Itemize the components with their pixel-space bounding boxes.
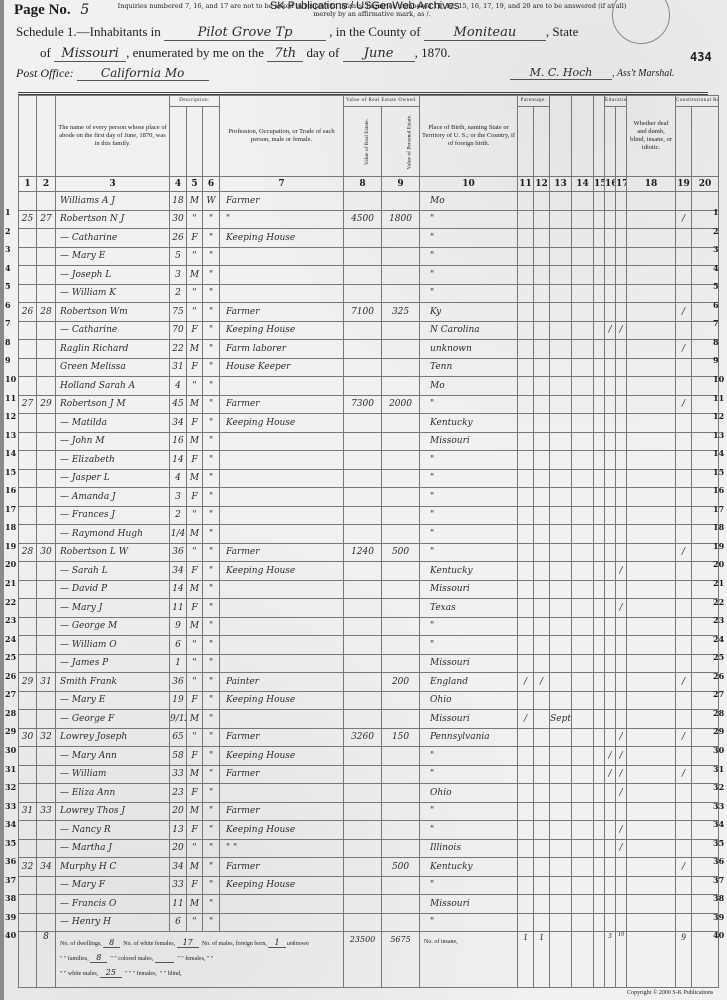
person-name: — Joseph L bbox=[56, 266, 170, 285]
table-row: — Catharine26F"Keeping House" bbox=[19, 229, 719, 248]
table-row: — William O6""" bbox=[19, 636, 719, 655]
color: " bbox=[203, 543, 220, 562]
age: 3 bbox=[170, 266, 187, 285]
disability bbox=[627, 303, 676, 322]
male-citizen: / bbox=[676, 765, 692, 784]
table-row: — Martha J20""" "Illinois/ bbox=[19, 839, 719, 858]
person-name: — John M bbox=[56, 432, 170, 451]
real-estate-value bbox=[344, 414, 382, 433]
married-within-year bbox=[572, 488, 594, 507]
cannot-read bbox=[605, 451, 616, 470]
dwelling-number bbox=[19, 765, 37, 784]
male-citizen: / bbox=[676, 543, 692, 562]
cannot-write bbox=[616, 654, 627, 673]
column-number: 19 bbox=[676, 177, 692, 192]
line-number: 21 bbox=[713, 578, 724, 588]
place-of-birth: Tenn bbox=[420, 358, 518, 377]
dwelling-number bbox=[19, 636, 37, 655]
color: " bbox=[203, 673, 220, 692]
place-of-birth: unknown bbox=[420, 340, 518, 359]
sex: F bbox=[187, 358, 203, 377]
personal-estate-value bbox=[382, 488, 420, 507]
state-label: , State bbox=[546, 24, 579, 39]
father-foreign bbox=[518, 321, 534, 340]
color: " bbox=[203, 636, 220, 655]
col-header-12: Mother of foreign birth. bbox=[534, 107, 550, 177]
attended-school bbox=[594, 839, 605, 858]
disability bbox=[627, 432, 676, 451]
real-estate-value bbox=[344, 636, 382, 655]
male-citizen bbox=[676, 691, 692, 710]
born-within-year bbox=[550, 247, 572, 266]
age: 20 bbox=[170, 802, 187, 821]
male-citizen bbox=[676, 469, 692, 488]
attended-school bbox=[594, 802, 605, 821]
column-number: 1 bbox=[19, 177, 37, 192]
age: 20 bbox=[170, 839, 187, 858]
sex: " bbox=[187, 728, 203, 747]
attended-school bbox=[594, 266, 605, 285]
attended-school bbox=[594, 747, 605, 766]
father-foreign bbox=[518, 210, 534, 229]
sex: " bbox=[187, 839, 203, 858]
occupation: Keeping House bbox=[220, 691, 344, 710]
marshal-label: , Ass't Marshal. bbox=[612, 68, 675, 79]
personal-estate-value bbox=[382, 469, 420, 488]
real-estate-value bbox=[344, 377, 382, 396]
occupation: " bbox=[220, 210, 344, 229]
dwellings-label: No. of dwellings, bbox=[60, 941, 102, 947]
place-of-birth: Mo bbox=[420, 192, 518, 211]
color: " bbox=[203, 432, 220, 451]
cannot-read bbox=[605, 913, 616, 932]
color: " bbox=[203, 358, 220, 377]
cannot-write bbox=[616, 895, 627, 914]
white-males-value: 25 bbox=[100, 968, 122, 978]
sex: M bbox=[187, 192, 203, 211]
table-row: — Mary E5""" bbox=[19, 247, 719, 266]
sex: " bbox=[187, 543, 203, 562]
line-number: 7 bbox=[713, 318, 719, 328]
dwelling-number bbox=[19, 229, 37, 248]
sex: F bbox=[187, 876, 203, 895]
real-estate-value bbox=[344, 451, 382, 470]
cannot-read bbox=[605, 543, 616, 562]
attended-school bbox=[594, 876, 605, 895]
marshal-signature-block: M. C. Hoch, Ass't Marshal. bbox=[510, 66, 675, 80]
cannot-write: / bbox=[616, 839, 627, 858]
person-name: Robertson L W bbox=[56, 543, 170, 562]
c15-total bbox=[594, 932, 605, 988]
line-number: 39 bbox=[713, 912, 724, 922]
cannot-read bbox=[605, 192, 616, 211]
personal-estate-value bbox=[382, 821, 420, 840]
attended-school bbox=[594, 358, 605, 377]
place-of-birth: Missouri bbox=[420, 432, 518, 451]
mother-foreign bbox=[534, 488, 550, 507]
day-of-label: day of bbox=[307, 45, 340, 60]
cannot-read bbox=[605, 802, 616, 821]
age: 9 bbox=[170, 617, 187, 636]
table-row: 2628Robertson Wm75""Farmer7100325Ky/ bbox=[19, 303, 719, 322]
disability bbox=[627, 728, 676, 747]
line-number: 13 bbox=[713, 430, 724, 440]
father-foreign bbox=[518, 432, 534, 451]
father-foreign bbox=[518, 691, 534, 710]
dwelling-number bbox=[19, 525, 37, 544]
occupation bbox=[220, 710, 344, 729]
column-number: 14 bbox=[572, 177, 594, 192]
real-estate-value bbox=[344, 229, 382, 248]
person-name: — William O bbox=[56, 636, 170, 655]
sex: F bbox=[187, 229, 203, 248]
male-citizen: / bbox=[676, 303, 692, 322]
disability bbox=[627, 876, 676, 895]
disability bbox=[627, 451, 676, 470]
summary-blank bbox=[19, 932, 37, 988]
person-name: — Eliza Ann bbox=[56, 784, 170, 803]
age: 23 bbox=[170, 784, 187, 803]
born-within-year bbox=[550, 784, 572, 803]
table-row: — Frances J2""" bbox=[19, 506, 719, 525]
personal-estate-value bbox=[382, 599, 420, 618]
line-number: 4 bbox=[5, 263, 11, 273]
attended-school bbox=[594, 784, 605, 803]
dwelling-number: 27 bbox=[19, 395, 37, 414]
line-number: 1 bbox=[713, 207, 719, 217]
place-of-birth: " bbox=[420, 876, 518, 895]
person-name: — Raymond Hugh bbox=[56, 525, 170, 544]
personal-estate-value bbox=[382, 710, 420, 729]
dwelling-number bbox=[19, 284, 37, 303]
line-number: 9 bbox=[5, 355, 11, 365]
cannot-write: / bbox=[616, 599, 627, 618]
line-number: 3 bbox=[5, 244, 11, 254]
table-row: 2830Robertson L W36""Farmer1240500"/ bbox=[19, 543, 719, 562]
cannot-write bbox=[616, 710, 627, 729]
married-within-year bbox=[572, 284, 594, 303]
real-estate-value bbox=[344, 710, 382, 729]
real-estate-value: 1240 bbox=[344, 543, 382, 562]
schedule-label: Schedule 1.—Inhabitants in bbox=[16, 24, 161, 39]
place-of-birth: Missouri bbox=[420, 654, 518, 673]
dwelling-number bbox=[19, 506, 37, 525]
attended-school bbox=[594, 303, 605, 322]
sex: F bbox=[187, 747, 203, 766]
state-value: Missouri bbox=[54, 46, 126, 62]
line-number: 4 bbox=[713, 263, 719, 273]
real-estate-value bbox=[344, 321, 382, 340]
col-header-4: Age at last birth-day. If under 1 year, … bbox=[170, 107, 187, 177]
table-row: 2931Smith Frank36""Painter200England/// bbox=[19, 673, 719, 692]
family-number: 28 bbox=[37, 303, 56, 322]
cannot-write: / bbox=[616, 321, 627, 340]
cannot-read bbox=[605, 673, 616, 692]
cannot-write bbox=[616, 229, 627, 248]
sex: M bbox=[187, 395, 203, 414]
sex: M bbox=[187, 710, 203, 729]
occupation: Farmer bbox=[220, 395, 344, 414]
personal-estate-value bbox=[382, 377, 420, 396]
column-number: 10 bbox=[420, 177, 518, 192]
person-name: — Henry H bbox=[56, 913, 170, 932]
color: " bbox=[203, 784, 220, 803]
married-within-year bbox=[572, 266, 594, 285]
cannot-write bbox=[616, 266, 627, 285]
born-within-year bbox=[550, 451, 572, 470]
table-row: — James P1""Missouri bbox=[19, 654, 719, 673]
line-number: 5 bbox=[713, 281, 719, 291]
person-name: — Matilda bbox=[56, 414, 170, 433]
place-of-birth: " bbox=[420, 617, 518, 636]
place-of-birth: " bbox=[420, 469, 518, 488]
family-number bbox=[37, 876, 56, 895]
place-of-birth: " bbox=[420, 747, 518, 766]
real-estate-value bbox=[344, 839, 382, 858]
column-number: 4 bbox=[170, 177, 187, 192]
mother-foreign bbox=[534, 210, 550, 229]
cannot-read bbox=[605, 599, 616, 618]
disability bbox=[627, 617, 676, 636]
column-number: 13 bbox=[550, 177, 572, 192]
occupation: Keeping House bbox=[220, 321, 344, 340]
disability bbox=[627, 765, 676, 784]
mother-foreign bbox=[534, 340, 550, 359]
born-within-year bbox=[550, 488, 572, 507]
person-name: — Catharine bbox=[56, 321, 170, 340]
family-number: 30 bbox=[37, 543, 56, 562]
age: 14 bbox=[170, 580, 187, 599]
age: 36 bbox=[170, 543, 187, 562]
col-header-8: Value of Real Estate. bbox=[344, 107, 382, 177]
table-row: 2729Robertson J M45M"Farmer73002000"/ bbox=[19, 395, 719, 414]
line-number: 13 bbox=[5, 430, 16, 440]
male-citizen bbox=[676, 358, 692, 377]
family-number bbox=[37, 617, 56, 636]
disability bbox=[627, 192, 676, 211]
attended-school bbox=[594, 765, 605, 784]
family-number bbox=[37, 839, 56, 858]
place-of-birth: " bbox=[420, 488, 518, 507]
occupation bbox=[220, 247, 344, 266]
attended-school bbox=[594, 562, 605, 581]
dwelling-number bbox=[19, 691, 37, 710]
sex: M bbox=[187, 895, 203, 914]
line-number: 8 bbox=[713, 337, 719, 347]
personal-estate-value bbox=[382, 340, 420, 359]
personal-estate-value bbox=[382, 747, 420, 766]
line-number: 9 bbox=[713, 355, 719, 365]
family-number bbox=[37, 691, 56, 710]
color: " bbox=[203, 562, 220, 581]
table-row: Holland Sarah A4""Mo bbox=[19, 377, 719, 396]
mother-foreign bbox=[534, 599, 550, 618]
color: " bbox=[203, 876, 220, 895]
married-within-year bbox=[572, 506, 594, 525]
age: 1 bbox=[170, 654, 187, 673]
sex: F bbox=[187, 414, 203, 433]
married-within-year bbox=[572, 784, 594, 803]
place-of-birth: " bbox=[420, 266, 518, 285]
place-of-birth: " bbox=[420, 525, 518, 544]
born-within-year bbox=[550, 654, 572, 673]
cannot-write bbox=[616, 858, 627, 877]
color: " bbox=[203, 247, 220, 266]
disability bbox=[627, 525, 676, 544]
real-estate-value: 4500 bbox=[344, 210, 382, 229]
married-within-year bbox=[572, 599, 594, 618]
personal-estate-value bbox=[382, 451, 420, 470]
sex: M bbox=[187, 802, 203, 821]
place-of-birth: Illinois bbox=[420, 839, 518, 858]
line-number: 30 bbox=[713, 745, 724, 755]
dwelling-number bbox=[19, 839, 37, 858]
age: 34 bbox=[170, 562, 187, 581]
dwelling-number: 29 bbox=[19, 673, 37, 692]
father-foreign bbox=[518, 266, 534, 285]
color: " bbox=[203, 229, 220, 248]
line-number: 24 bbox=[5, 634, 16, 644]
family-number: 34 bbox=[37, 858, 56, 877]
dwelling-number bbox=[19, 599, 37, 618]
total-personal-estate: 5675 bbox=[382, 932, 420, 988]
white-females-label: No. of white females, bbox=[123, 941, 175, 947]
born-within-year bbox=[550, 303, 572, 322]
sex: " bbox=[187, 210, 203, 229]
disability bbox=[627, 247, 676, 266]
mother-foreign bbox=[534, 266, 550, 285]
line-number: 6 bbox=[5, 300, 11, 310]
column-number: 12 bbox=[534, 177, 550, 192]
male-citizen bbox=[676, 284, 692, 303]
born-within-year bbox=[550, 284, 572, 303]
occupation: Keeping House bbox=[220, 747, 344, 766]
male-citizen: / bbox=[676, 340, 692, 359]
cannot-read: / bbox=[605, 747, 616, 766]
attended-school bbox=[594, 432, 605, 451]
age: 33 bbox=[170, 765, 187, 784]
personal-estate-value: 325 bbox=[382, 303, 420, 322]
disability bbox=[627, 654, 676, 673]
table-row: — John M16M"Missouri bbox=[19, 432, 719, 451]
col-header-3: The name of every person whose place of … bbox=[56, 96, 170, 177]
age: 34 bbox=[170, 858, 187, 877]
column-number: 11 bbox=[518, 177, 534, 192]
line-number: 12 bbox=[5, 411, 16, 421]
male-citizen bbox=[676, 802, 692, 821]
attended-school bbox=[594, 321, 605, 340]
born-within-year bbox=[550, 192, 572, 211]
dwelling-number bbox=[19, 414, 37, 433]
enumeration-line: of Missouri, enumerated by me on the 7th… bbox=[40, 45, 450, 62]
table-row: Green Melissa31F"House KeeperTenn bbox=[19, 358, 719, 377]
cannot-write bbox=[616, 580, 627, 599]
sex: F bbox=[187, 321, 203, 340]
born-within-year bbox=[550, 432, 572, 451]
summary-counts: No. of dwellings, 8 No. of white females… bbox=[56, 932, 344, 988]
line-number: 3 bbox=[713, 244, 719, 254]
family-number: 31 bbox=[37, 673, 56, 692]
table-row: — Mary F33F"Keeping House" bbox=[19, 876, 719, 895]
real-estate-value bbox=[344, 784, 382, 803]
cannot-write bbox=[616, 673, 627, 692]
blind-label: " " blind, bbox=[160, 971, 182, 977]
families-value: 8 bbox=[90, 953, 107, 963]
male-citizen: / bbox=[676, 673, 692, 692]
born-within-year bbox=[550, 673, 572, 692]
attended-school bbox=[594, 617, 605, 636]
person-name: — Elizabeth bbox=[56, 451, 170, 470]
born-within-year bbox=[550, 377, 572, 396]
person-name: — Francis O bbox=[56, 895, 170, 914]
personal-estate-value bbox=[382, 525, 420, 544]
c19-total: 9 bbox=[676, 932, 692, 988]
family-number: 32 bbox=[37, 728, 56, 747]
father-foreign bbox=[518, 469, 534, 488]
father-foreign bbox=[518, 395, 534, 414]
age: 58 bbox=[170, 747, 187, 766]
c13-total bbox=[550, 932, 572, 988]
personal-estate-value bbox=[382, 192, 420, 211]
line-number: 20 bbox=[5, 559, 16, 569]
attended-school bbox=[594, 506, 605, 525]
born-within-year bbox=[550, 562, 572, 581]
father-foreign bbox=[518, 340, 534, 359]
personal-estate-value bbox=[382, 266, 420, 285]
column-number: 5 bbox=[187, 177, 203, 192]
person-name: — Catharine bbox=[56, 229, 170, 248]
father-foreign bbox=[518, 802, 534, 821]
father-foreign bbox=[518, 506, 534, 525]
person-name: Robertson J M bbox=[56, 395, 170, 414]
mother-foreign: / bbox=[534, 673, 550, 692]
place-of-birth: " bbox=[420, 210, 518, 229]
father-foreign bbox=[518, 247, 534, 266]
line-number: 20 bbox=[713, 559, 724, 569]
real-estate-value bbox=[344, 580, 382, 599]
color: " bbox=[203, 506, 220, 525]
foreign-males-value: 1 bbox=[268, 938, 285, 948]
mother-foreign bbox=[534, 710, 550, 729]
father-foreign bbox=[518, 858, 534, 877]
color: " bbox=[203, 617, 220, 636]
attended-school bbox=[594, 710, 605, 729]
age: 75 bbox=[170, 303, 187, 322]
sex: M bbox=[187, 266, 203, 285]
sex: F bbox=[187, 784, 203, 803]
family-number bbox=[37, 321, 56, 340]
male-citizen bbox=[676, 821, 692, 840]
sex: " bbox=[187, 506, 203, 525]
cannot-read bbox=[605, 654, 616, 673]
cannot-read bbox=[605, 821, 616, 840]
born-within-year bbox=[550, 765, 572, 784]
line-number: 16 bbox=[5, 485, 16, 495]
personal-estate-value bbox=[382, 432, 420, 451]
male-citizen: / bbox=[676, 395, 692, 414]
dwelling-number: 28 bbox=[19, 543, 37, 562]
place-of-birth: " bbox=[420, 451, 518, 470]
place-of-birth: " bbox=[420, 821, 518, 840]
disability bbox=[627, 229, 676, 248]
sex: F bbox=[187, 451, 203, 470]
cannot-read: / bbox=[605, 765, 616, 784]
cannot-write bbox=[616, 636, 627, 655]
line-number: 5 bbox=[5, 281, 11, 291]
line-number: 11 bbox=[713, 393, 724, 403]
father-foreign bbox=[518, 599, 534, 618]
sex: F bbox=[187, 488, 203, 507]
